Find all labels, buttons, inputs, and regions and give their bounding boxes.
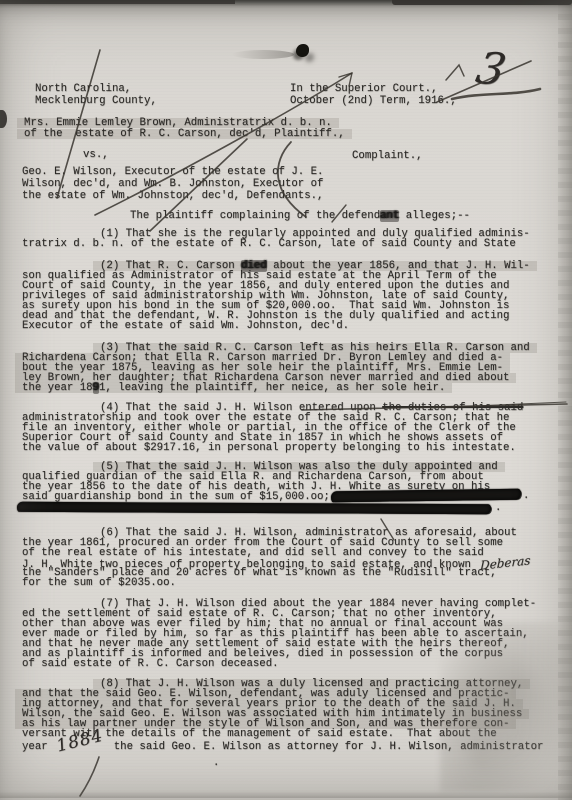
scan-top-edge	[0, 0, 572, 8]
ink-blot	[296, 44, 309, 57]
text-smudge: ant	[380, 210, 399, 222]
redaction-bar	[17, 502, 491, 514]
left-edge-ink-mark	[0, 110, 7, 128]
court-term: October (2nd) Term, 1916.,	[290, 96, 457, 106]
para-7-line: of said estate of R. C. Carson deceased.	[22, 659, 279, 669]
redaction-trailing-period: .	[495, 503, 501, 513]
pen-descender	[80, 757, 99, 796]
para-8-line: year 1884 the said Geo. E. Wilson as att…	[22, 739, 543, 752]
text-segment: 1, leaving the plaintiff, her neice, as …	[99, 382, 445, 394]
para-5-line: said guardianship bond in the sum of $15…	[22, 492, 330, 502]
para-1-line: tratrix d. b. n. of the estate of R. C. …	[22, 239, 516, 249]
ink-smear	[232, 50, 294, 59]
defendant-caption-line-1: Geo. E. Wilson, Executor of the estate o…	[22, 167, 323, 177]
para-2-line: Executor of the estate of said Wm. Johns…	[22, 321, 349, 331]
venue-state: North Carolina,	[35, 84, 131, 94]
defendant-caption-line-3: the estate of Wm. Johnston, dec'd, Defen…	[22, 191, 323, 201]
para-6-line: of the real estate of his intestate, and…	[22, 548, 484, 558]
plaintiff-caption-line-1: Mrs. Emmie Lemley Brown, Administratrix …	[24, 118, 332, 128]
pen-caret	[446, 65, 464, 80]
venue-county: Mecklenburg County,	[35, 96, 157, 106]
scan-right-edge-noise	[558, 0, 572, 800]
text-segment: The plaintiff complaining of the defend	[130, 210, 380, 222]
scanned-document-page: North Carolina,In the Superior Court.,Me…	[0, 0, 572, 800]
court-name: In the Superior Court.,	[290, 84, 438, 94]
scan-top-edge-dark-left	[0, 0, 235, 4]
plaintiff-caption-line-2: of the estate of R. C. Carson, dec'd, Pl…	[24, 129, 345, 139]
text-segment: the year 18	[22, 382, 93, 394]
defendant-caption-line-2: Wilson, dec'd, and Wm. B. Johnston, Exec…	[22, 179, 323, 189]
text-segment: the said Geo. E. Wilson as attorney for …	[107, 741, 543, 753]
opening-averment: The plaintiff complaining of the defenda…	[130, 211, 470, 221]
text-segment: year	[22, 741, 54, 753]
text-segment: alleges;--	[399, 210, 470, 222]
redaction-trailing-period: .	[523, 491, 529, 501]
handwritten-page-number: 3	[472, 47, 509, 93]
stray-period: .	[213, 758, 219, 768]
redaction-bar	[331, 489, 521, 503]
pleading-title: Complaint.,	[352, 151, 423, 161]
para-4-line: the value of about $2917.16, in personal…	[22, 443, 516, 453]
para-6-line: for the sum of $2035.oo.	[22, 578, 176, 588]
versus-label: vs.,	[83, 150, 109, 160]
scan-bottom-edge	[0, 791, 572, 798]
scan-top-edge-dark-right	[392, 0, 572, 5]
para-3-line: the year 1891, leaving the plaintiff, he…	[22, 383, 445, 393]
